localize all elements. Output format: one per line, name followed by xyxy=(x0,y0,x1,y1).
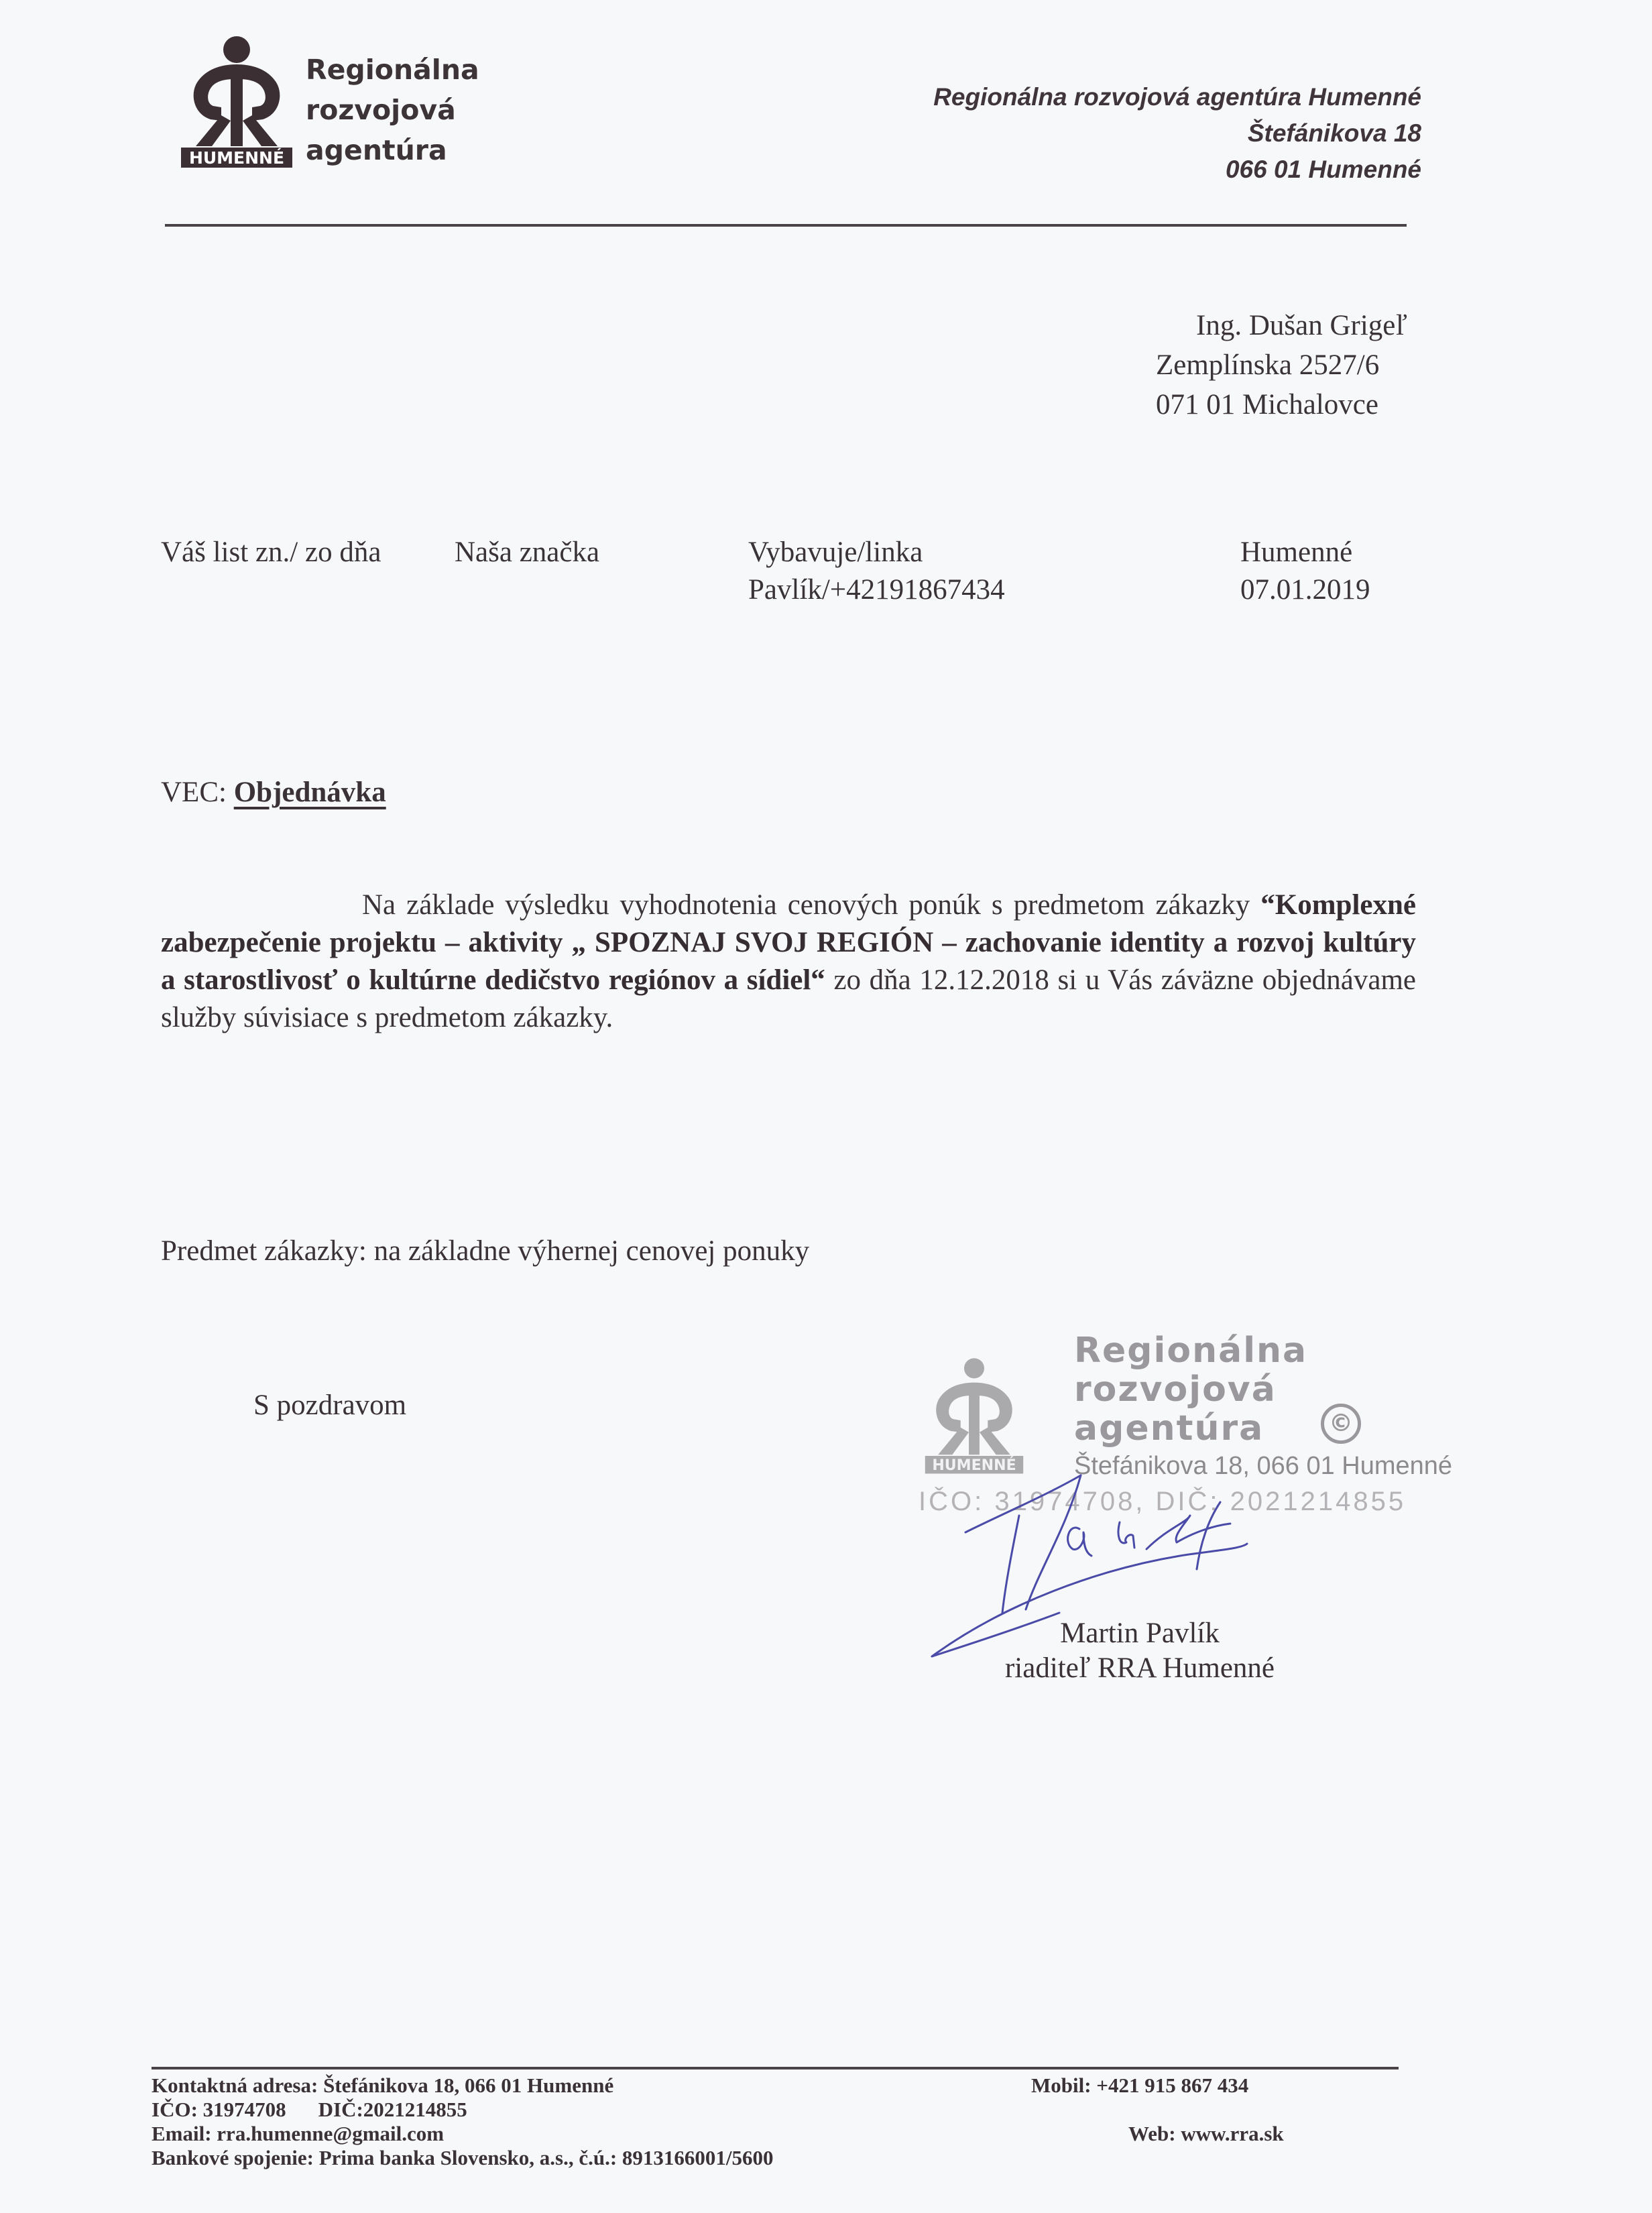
header-divider xyxy=(165,224,1407,227)
place-date: Humenné 07.01.2019 xyxy=(1240,534,1370,609)
sender-line: Štefánikova 18 xyxy=(933,115,1421,152)
footer-contact-block: Kontaktná adresa: Štefánikova 18, 066 01… xyxy=(152,2074,774,2170)
subject-line: VEC: Objednávka xyxy=(161,774,386,811)
signer-block: Martin Pavlík riaditeľ RRA Humenné xyxy=(939,1616,1341,1686)
body-intro: Na základe výsledku vyhodnotenia cenovýc… xyxy=(362,889,1250,921)
recipient-line: Zemplínska 2527/6 xyxy=(1156,345,1407,385)
footer-ids: IČO: 31974708DIČ:2021214855 xyxy=(152,2098,774,2122)
stamp-org-name: Regionálna rozvojová agentúra xyxy=(1074,1331,1307,1448)
place: Humenné xyxy=(1240,534,1370,571)
stamp-name-line: rozvojová xyxy=(1074,1370,1307,1409)
org-name: Regionálna rozvojová agentúra xyxy=(306,50,479,170)
sender-line: Regionálna rozvojová agentúra Humenné xyxy=(933,79,1421,115)
footer-mobile: Mobil: +421 915 867 434 xyxy=(1031,2074,1284,2098)
recipient-line: Ing. Dušan Grigeľ xyxy=(1156,306,1407,345)
org-name-line: rozvojová xyxy=(306,90,479,130)
footer-dic: DIČ:2021214855 xyxy=(318,2098,467,2121)
order-subject-note: Predmet zákazky: na základne výhernej ce… xyxy=(161,1233,809,1270)
stamp-name-line: agentúra xyxy=(1074,1409,1307,1448)
recipient-address: Ing. Dušan Grigeľ Zemplínska 2527/6 071 … xyxy=(1156,306,1407,424)
date: 07.01.2019 xyxy=(1240,571,1370,609)
footer-bank: Bankové spojenie: Prima banka Slovensko,… xyxy=(152,2146,774,2170)
subject-label: VEC: xyxy=(161,777,227,808)
closing-greeting: S pozdravom xyxy=(253,1387,406,1424)
copyright-icon: © xyxy=(1321,1404,1361,1444)
your-letter-label: Váš list zn./ zo dňa xyxy=(161,534,381,571)
sender-line: 066 01 Humenné xyxy=(933,152,1421,188)
org-name-line: agentúra xyxy=(306,130,479,170)
org-name-line: Regionálna xyxy=(306,50,479,90)
stamp-name-line: Regionálna xyxy=(1074,1331,1307,1370)
recipient-line: 071 01 Michalovce xyxy=(1156,385,1407,424)
rra-humenne-logo-icon: HUMENNÉ xyxy=(180,35,294,169)
footer-email: Email: rra.humenne@gmail.com xyxy=(152,2122,774,2146)
footer-ico: IČO: 31974708 xyxy=(152,2098,286,2121)
signer-title: riaditeľ RRA Humenné xyxy=(939,1651,1341,1686)
body-paragraph: Na základe výsledku vyhodnotenia cenovýc… xyxy=(161,887,1416,1037)
footer-address: Kontaktná adresa: Štefánikova 18, 066 01… xyxy=(152,2074,774,2098)
subject-value: Objednávka xyxy=(234,777,386,808)
our-ref-label: Naša značka xyxy=(455,534,599,571)
sender-address: Regionálna rozvojová agentúra Humenné Št… xyxy=(933,79,1421,188)
signer-name: Martin Pavlík xyxy=(939,1616,1341,1651)
svg-text:HUMENNÉ: HUMENNÉ xyxy=(189,148,284,168)
footer-web: Web: www.rra.sk xyxy=(1031,2122,1284,2146)
handled-by-value: Pavlík/+42191867434 xyxy=(748,571,1005,609)
rra-stamp-logo-icon: HUMENNÉ xyxy=(924,1349,1024,1483)
handled-by: Vybavuje/linka Pavlík/+42191867434 xyxy=(748,534,1005,609)
footer-phone-web: Mobil: +421 915 867 434 Web: www.rra.sk xyxy=(1031,2074,1284,2146)
handled-by-label: Vybavuje/linka xyxy=(748,534,1005,571)
footer-divider xyxy=(152,2067,1399,2069)
